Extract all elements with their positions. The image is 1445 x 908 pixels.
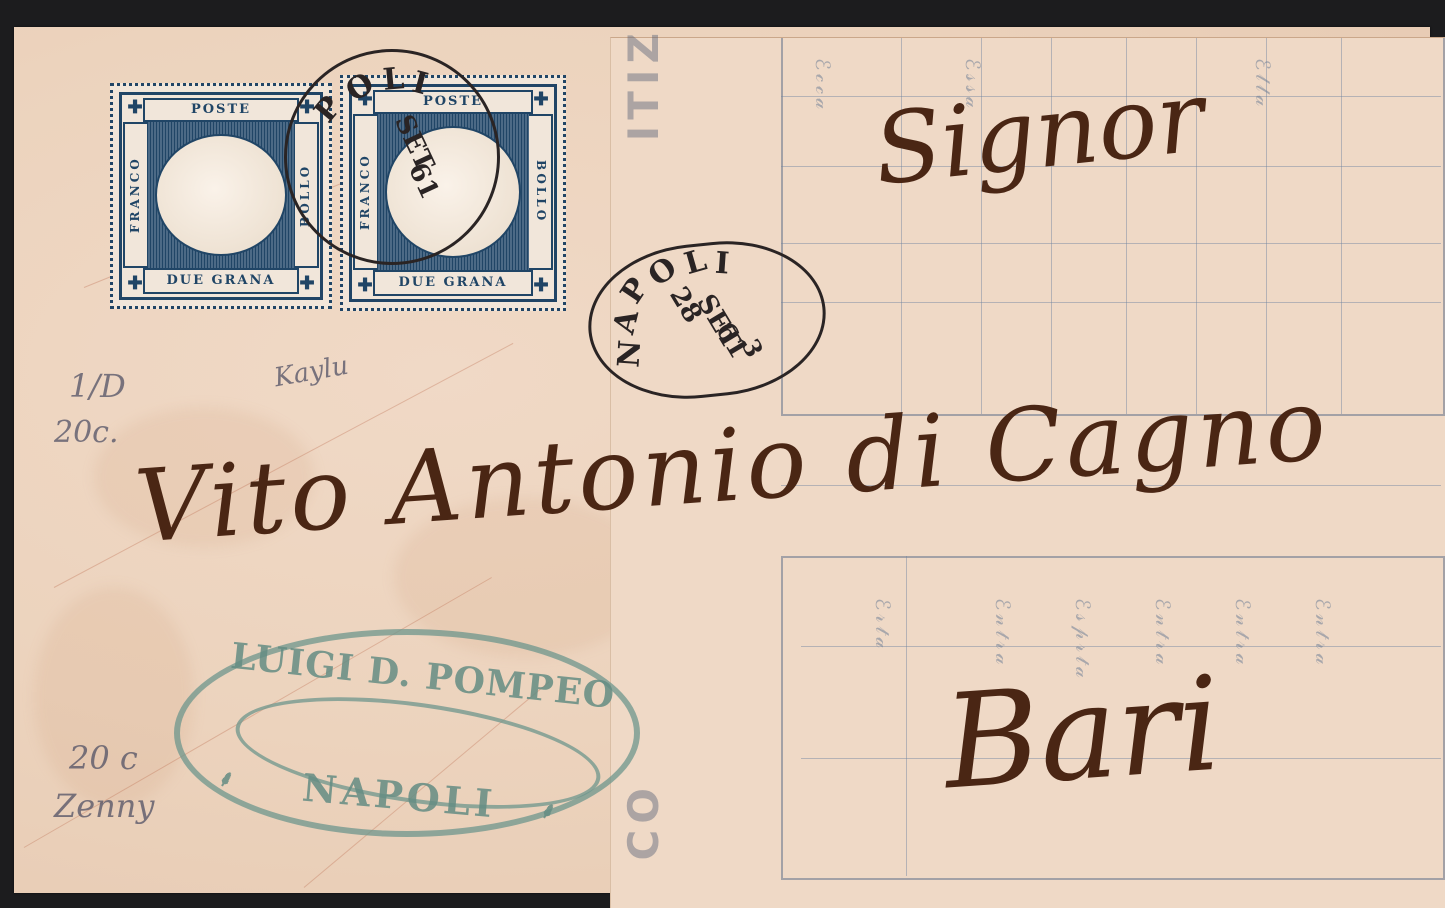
grid-line (781, 243, 1441, 244)
stamp-value-label: DUE GRANA (373, 270, 533, 296)
cross-icon: ✚ (531, 276, 551, 296)
address-city: Bari (939, 648, 1226, 819)
laurel-icon: ⸙ (218, 763, 235, 793)
stamp-engraving (147, 122, 295, 268)
stamp-top-label: POSTE (143, 98, 299, 122)
ghost-print: ℰ𝒸𝒸𝒶 (811, 58, 835, 113)
ghost-print: ℰ𝓁𝓁𝒶 (1251, 58, 1275, 110)
ghost-print: ℰ𝓃𝓉𝓇𝒶 (1231, 598, 1255, 669)
grid-line (781, 302, 1441, 303)
postmark-year: 61 (405, 160, 440, 202)
ghost-print: ℰ𝓇𝓉𝒶 (871, 598, 895, 652)
grid-line (801, 646, 1441, 647)
cross-icon: ✚ (125, 98, 145, 118)
grid-line (906, 556, 907, 876)
pencil-fraction: 1/D (69, 367, 126, 405)
printed-bleed-lower: CO (619, 782, 668, 861)
postal-cover: ℰ𝒸𝒸𝒶 ℰ𝓈𝓈𝒶 ℰ𝓁𝓁𝒶 ℰ𝓇𝓉𝒶 ℰ𝓃𝓉𝓇𝒶 ℰ𝓈𝓅𝓇𝓉𝒶 ℰ𝓃𝓉𝓇𝒶 ℰ… (14, 27, 1430, 893)
cross-icon: ✚ (355, 276, 375, 296)
embossed-portrait (155, 134, 287, 256)
cross-icon: ✚ (531, 90, 551, 110)
sender-cachet: LUIGI D. POMPEO NAPOLI ⸙ ⸙ (174, 629, 640, 837)
stamp-right-label: BOLLO (527, 114, 553, 270)
ghost-print: ℰ𝓃𝓉𝓇𝒶 (991, 598, 1015, 669)
laurel-icon: ⸙ (540, 795, 557, 825)
cross-icon: ✚ (297, 274, 317, 294)
stamp-value-label: DUE GRANA (143, 268, 299, 294)
stamp-left-label: FRANCO (123, 122, 149, 268)
ghost-print: ℰ𝓃𝓉𝓇𝒶 (1311, 598, 1335, 669)
pencil-signature-bottom: Zenny (54, 787, 154, 825)
postmark-over-stamps: P O L I SET 61 (284, 49, 500, 265)
grid-line (1341, 38, 1342, 414)
pencil-amount-bottom: 20 c (69, 739, 138, 777)
pencil-signature-top: Kaylu (272, 351, 351, 394)
pencil-amount-top: 20c. (54, 415, 119, 450)
cross-icon: ✚ (125, 274, 145, 294)
printed-bleed-upper: ITIZ (619, 27, 668, 141)
